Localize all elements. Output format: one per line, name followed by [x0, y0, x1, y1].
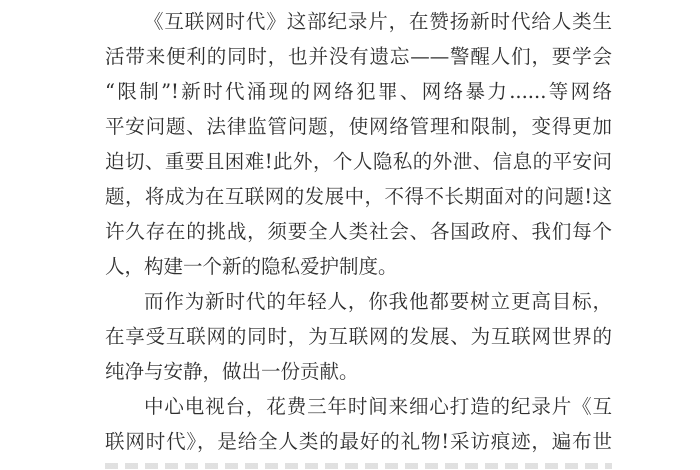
clipped-text-line — [105, 463, 612, 469]
text-block: 《互联网时代》这部纪录片，在赞扬新时代给人类生 活带来便利的同时，也并没有遗忘—… — [105, 4, 612, 459]
text-line: 联网时代》，是给全人类的最好的礼物!采访痕迹，遍布世 — [105, 424, 612, 459]
text-line: 许久存在的挑战，须要全人类社会、各国政府、我们每个 — [105, 214, 612, 249]
text-line: 迫切、重要且困难!此外，个人隐私的外泄、信息的平安问 — [105, 144, 612, 179]
text-line: 人，构建一个新的隐私爱护制度。 — [105, 249, 612, 284]
text-line: 而作为新时代的年轻人，你我他都要树立更高目标， — [105, 284, 612, 319]
text-line: 中心电视台，花费三年时间来细心打造的纪录片《互 — [105, 389, 612, 424]
text-line: 在享受互联网的同时，为互联网的发展、为互联网世界的 — [105, 319, 612, 354]
document-page: 《互联网时代》这部纪录片，在赞扬新时代给人类生 活带来便利的同时，也并没有遗忘—… — [0, 0, 700, 470]
text-line: 《互联网时代》这部纪录片，在赞扬新时代给人类生 — [105, 4, 612, 39]
text-line: 活带来便利的同时，也并没有遗忘——警醒人们，要学会 — [105, 39, 612, 74]
text-line: “限制”!新时代涌现的网络犯罪、网络暴力......等网络 — [105, 74, 612, 109]
text-line: 平安问题、法律监管问题，使网络管理和限制，变得更加 — [105, 109, 612, 144]
text-line: 题，将成为在互联网的发展中，不得不长期面对的问题!这 — [105, 179, 612, 214]
text-line: 纯净与安静，做出一份贡献。 — [105, 354, 612, 389]
